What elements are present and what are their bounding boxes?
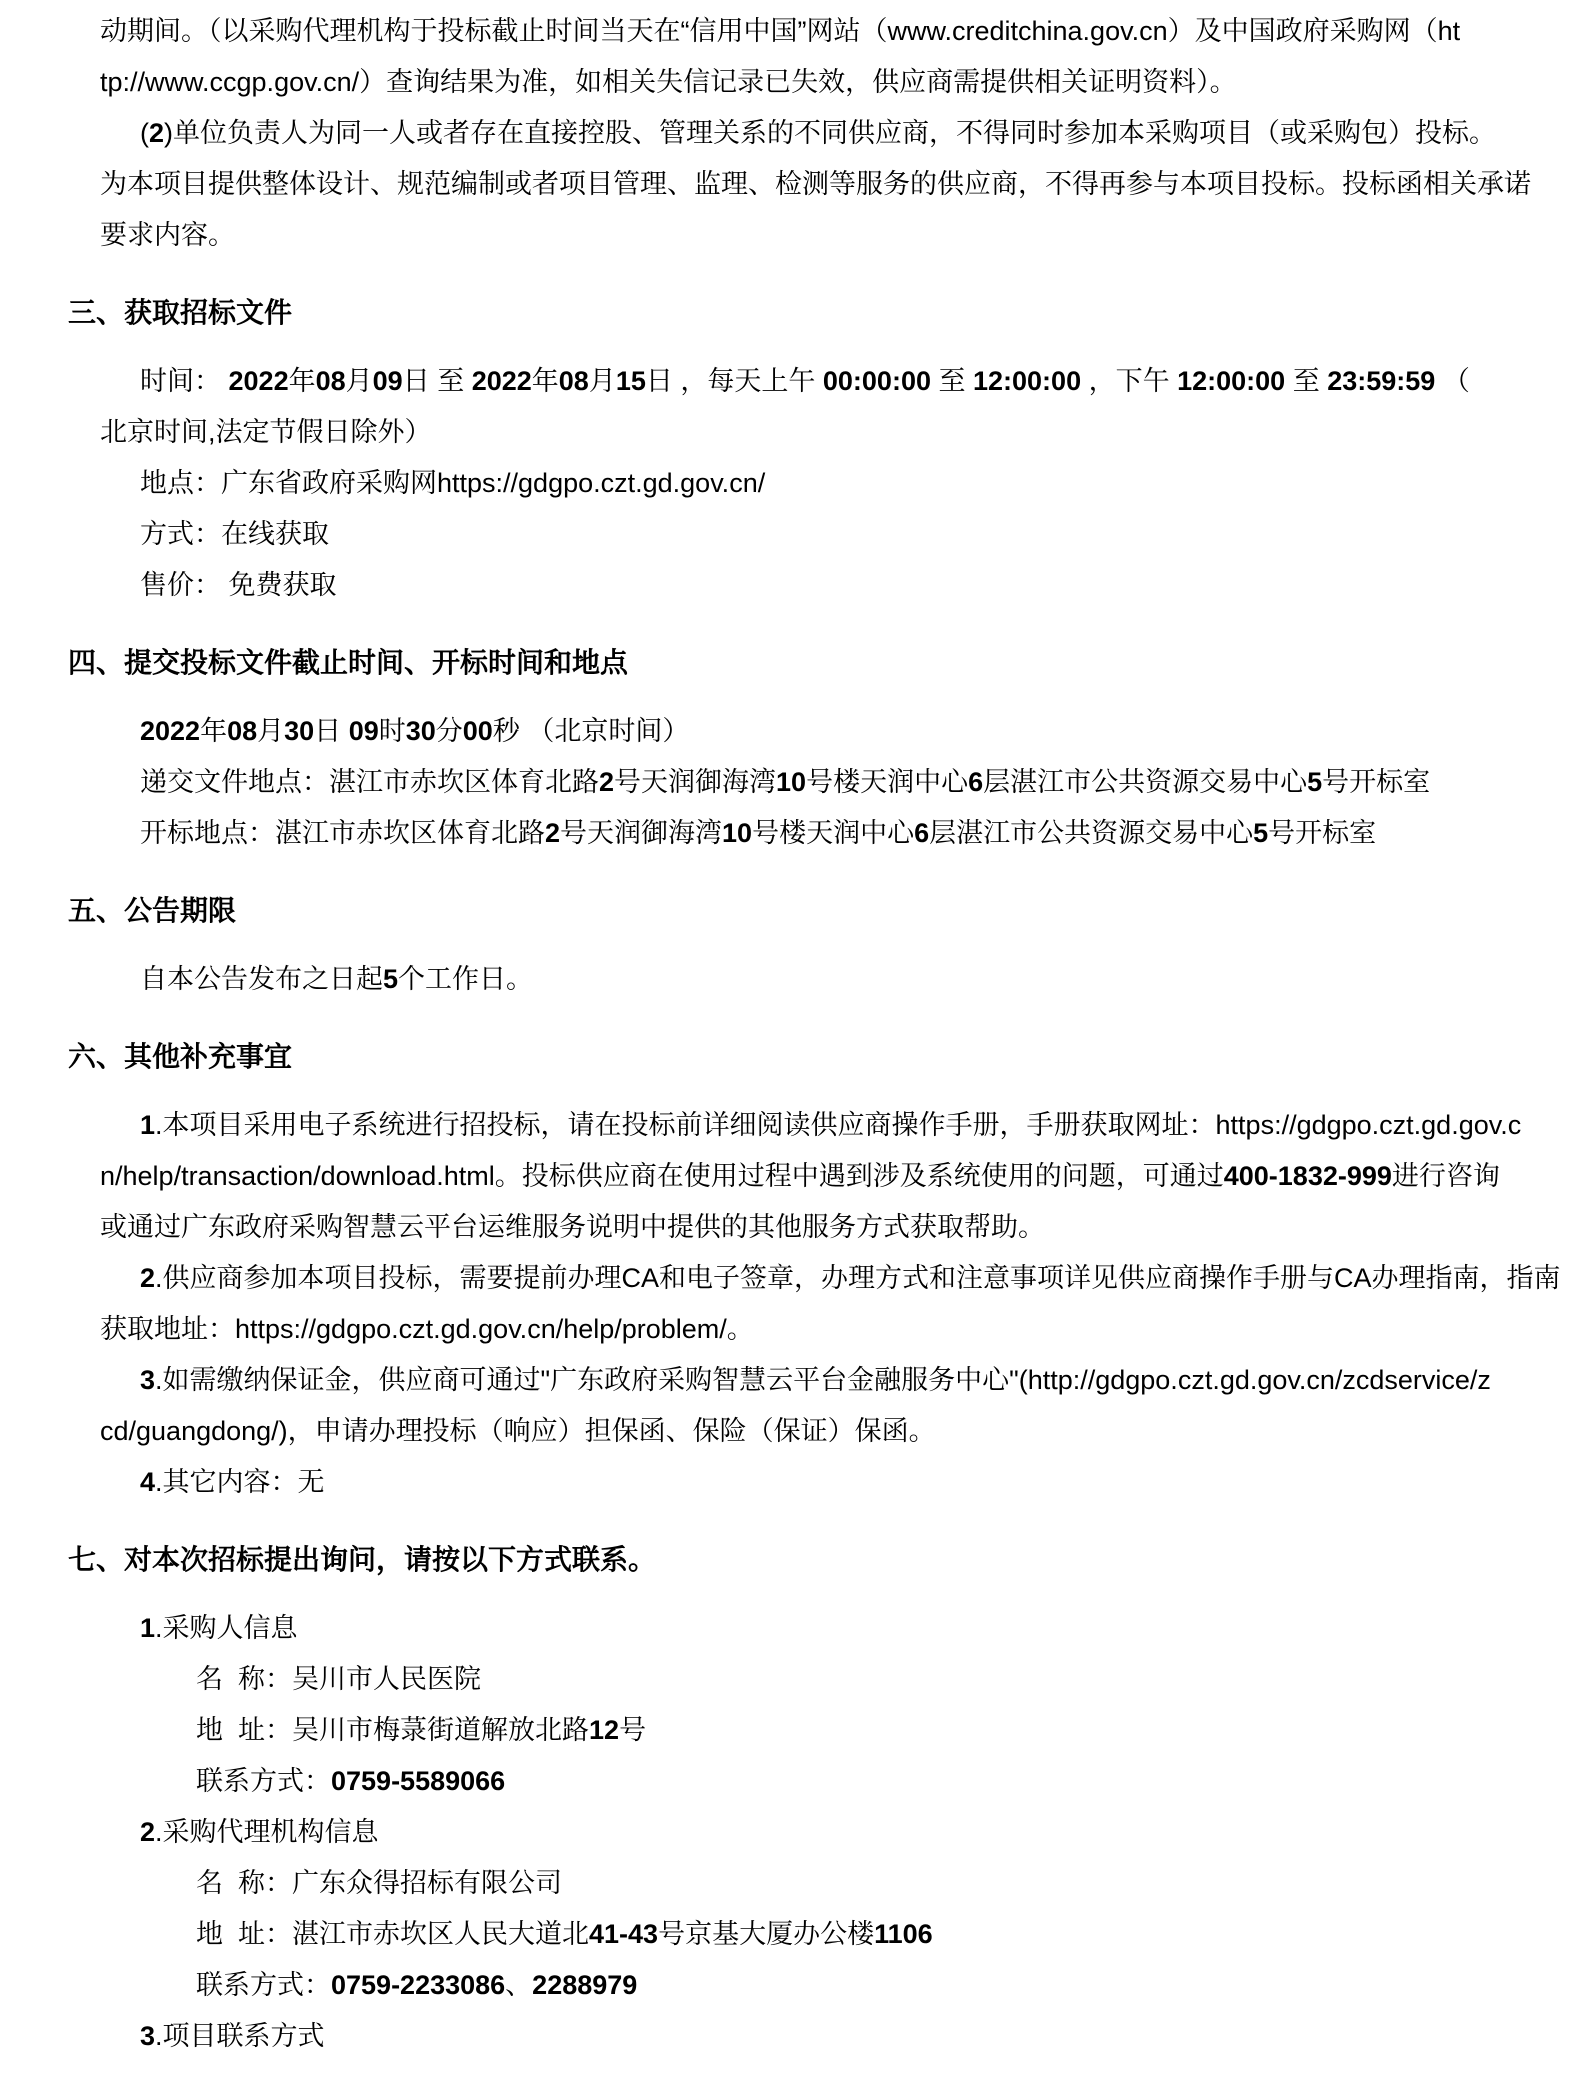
contact-detail-line: 联系方式：0759-2233086、2288979 [68, 1960, 1541, 2011]
contact-detail-line: 名 称：吴川市人民医院 [68, 1654, 1541, 1705]
paragraph-line: tp://www.ccgp.gov.cn/）查询结果为准，如相关失信记录已失效，… [68, 57, 1541, 108]
paragraph-line: 时间： 2022年08月09日 至 2022年08月15日 ，每天上午 00:0… [68, 356, 1541, 407]
paragraph-line: 获取地址：https://gdgpo.czt.gd.gov.cn/help/pr… [68, 1304, 1541, 1355]
paragraph-line: 北京时间,法定节假日除外） [68, 407, 1541, 458]
paragraph-line: 3.如需缴纳保证金，供应商可通过"广东政府采购智慧云平台金融服务中心"(http… [68, 1355, 1541, 1406]
paragraph-line: 地点：广东省政府采购网https://gdgpo.czt.gd.gov.cn/ [68, 458, 1541, 509]
paragraph-line: 或通过广东政府采购智慧云平台运维服务说明中提供的其他服务方式获取帮助。 [68, 1202, 1541, 1253]
list-item-line: 2.采购代理机构信息 [68, 1807, 1541, 1858]
contact-detail-line: 名 称：广东众得招标有限公司 [68, 1858, 1541, 1909]
document-page: 动期间。（以采购代理机构于投标截止时间当天在“信用中国”网站（www.credi… [0, 0, 1593, 2075]
paragraph-line: 自本公告发布之日起5个工作日。 [68, 954, 1541, 1005]
paragraph-line: 开标地点：湛江市赤坎区体育北路2号天润御海湾10号楼天润中心6层湛江市公共资源交… [68, 808, 1541, 859]
paragraph-line: n/help/transaction/download.html。投标供应商在使… [68, 1151, 1541, 1202]
section-heading-announcement-period: 五、公告期限 [68, 885, 1541, 936]
list-item-line: 3.项目联系方式 [68, 2011, 1541, 2062]
paragraph-line: cd/guangdong/)，申请办理投标（响应）担保函、保险（保证）保函。 [68, 1406, 1541, 1457]
section-heading-submission-deadline-opening: 四、提交投标文件截止时间、开标时间和地点 [68, 637, 1541, 688]
section-heading-obtain-bid-documents: 三、获取招标文件 [68, 287, 1541, 338]
paragraph-line: (2)单位负责人为同一人或者存在直接控股、管理关系的不同供应商，不得同时参加本采… [68, 108, 1541, 159]
section-heading-other-supplementary-matters: 六、其他补充事宜 [68, 1031, 1541, 1082]
paragraph-line: 1.本项目采用电子系统进行招投标，请在投标前详细阅读供应商操作手册，手册获取网址… [68, 1100, 1541, 1151]
list-item-line: 1.采购人信息 [68, 1603, 1541, 1654]
paragraph-line: 为本项目提供整体设计、规范编制或者项目管理、监理、检测等服务的供应商，不得再参与… [68, 159, 1541, 210]
paragraph-line: 递交文件地点：湛江市赤坎区体育北路2号天润御海湾10号楼天润中心6层湛江市公共资… [68, 757, 1541, 808]
contact-detail-line: 地 址：湛江市赤坎区人民大道北41-43号京基大厦办公楼1106 [68, 1909, 1541, 1960]
paragraph-line: 2022年08月30日 09时30分00秒 （北京时间） [68, 706, 1541, 757]
paragraph-line: 4.其它内容：无 [68, 1457, 1541, 1508]
paragraph-line: 动期间。（以采购代理机构于投标截止时间当天在“信用中国”网站（www.credi… [68, 6, 1541, 57]
paragraph-line: 要求内容。 [68, 210, 1541, 261]
paragraph-line: 2.供应商参加本项目投标，需要提前办理CA和电子签章，办理方式和注意事项详见供应… [68, 1253, 1541, 1304]
paragraph-line: 方式：在线获取 [68, 509, 1541, 560]
contact-detail-line: 联系方式：0759-5589066 [68, 1756, 1541, 1807]
contact-detail-line: 地 址：吴川市梅菉街道解放北路12号 [68, 1705, 1541, 1756]
paragraph-line: 售价： 免费获取 [68, 560, 1541, 611]
section-heading-inquiry-contact: 七、对本次招标提出询问，请按以下方式联系。 [68, 1534, 1541, 1585]
